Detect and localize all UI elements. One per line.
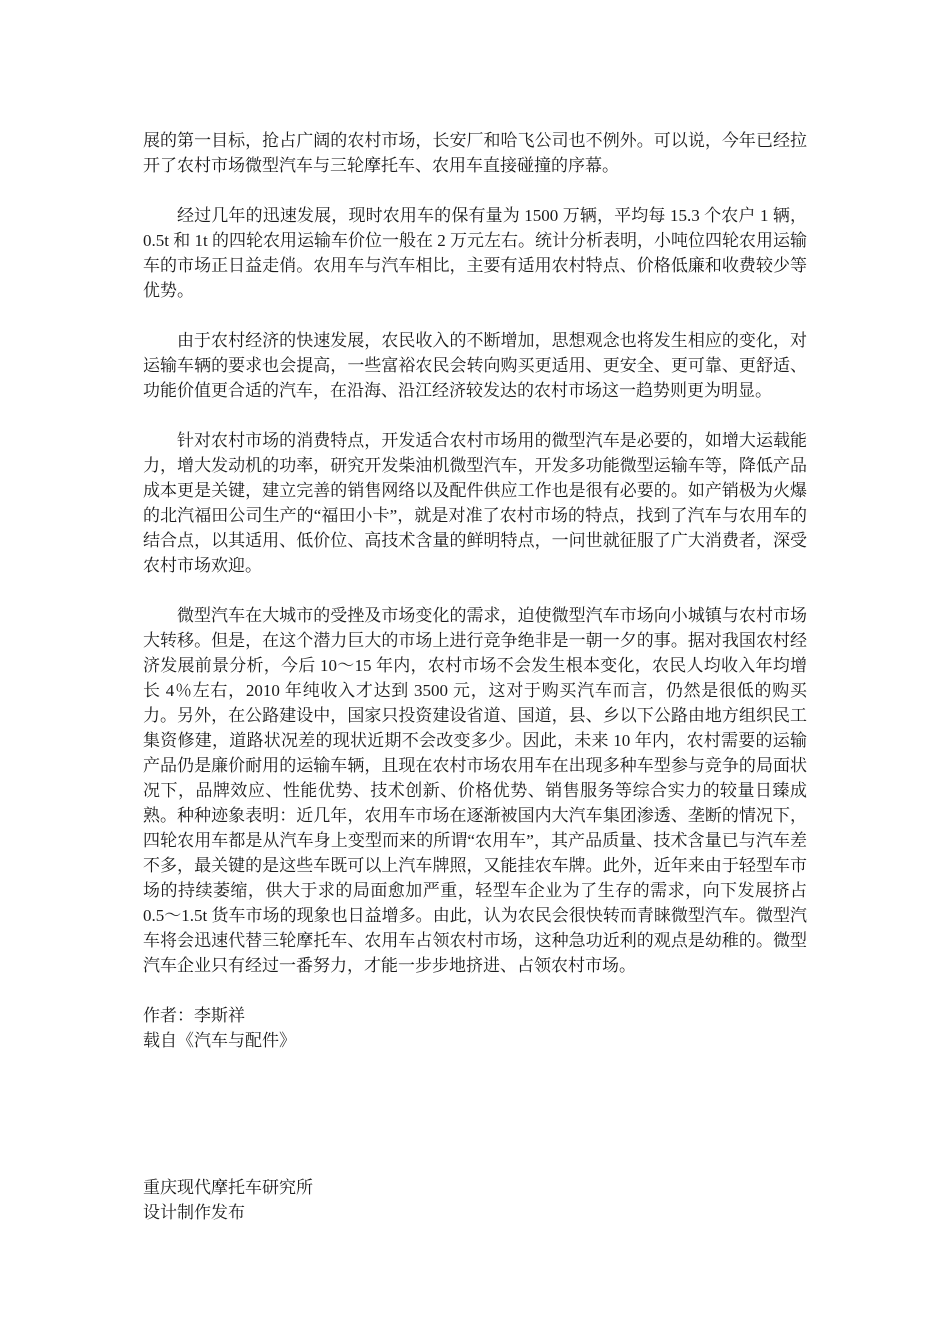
footer-note: 设计制作发布 bbox=[143, 1200, 807, 1225]
byline: 作者：李斯祥 载自《汽车与配件》 bbox=[143, 1003, 807, 1053]
paragraph-2: 经过几年的迅速发展，现时农用车的保有量为 1500 万辆，平均每 15.3 个农… bbox=[143, 203, 807, 303]
paragraph-5: 微型汽车在大城市的受挫及市场变化的需求，迫使微型汽车市场向小城镇与农村市场大转移… bbox=[143, 603, 807, 978]
paragraph-4: 针对农村市场的消费特点，开发适合农村市场用的微型汽车是必要的，如增大运载能力，增… bbox=[143, 428, 807, 578]
byline-source: 载自《汽车与配件》 bbox=[143, 1028, 807, 1053]
paragraph-3: 由于农村经济的快速发展，农民收入的不断增加，思想观念也将发生相应的变化，对运输车… bbox=[143, 328, 807, 403]
byline-author: 作者：李斯祥 bbox=[143, 1003, 807, 1028]
paragraph-1: 展的第一目标，抢占广阔的农村市场，长安厂和哈飞公司也不例外。可以说，今年已经拉开… bbox=[143, 128, 807, 178]
publisher-footer: 重庆现代摩托车研究所 设计制作发布 bbox=[143, 1175, 807, 1225]
document-page: 展的第一目标，抢占广阔的农村市场，长安厂和哈飞公司也不例外。可以说，今年已经拉开… bbox=[0, 0, 950, 1344]
footer-organization: 重庆现代摩托车研究所 bbox=[143, 1175, 807, 1200]
